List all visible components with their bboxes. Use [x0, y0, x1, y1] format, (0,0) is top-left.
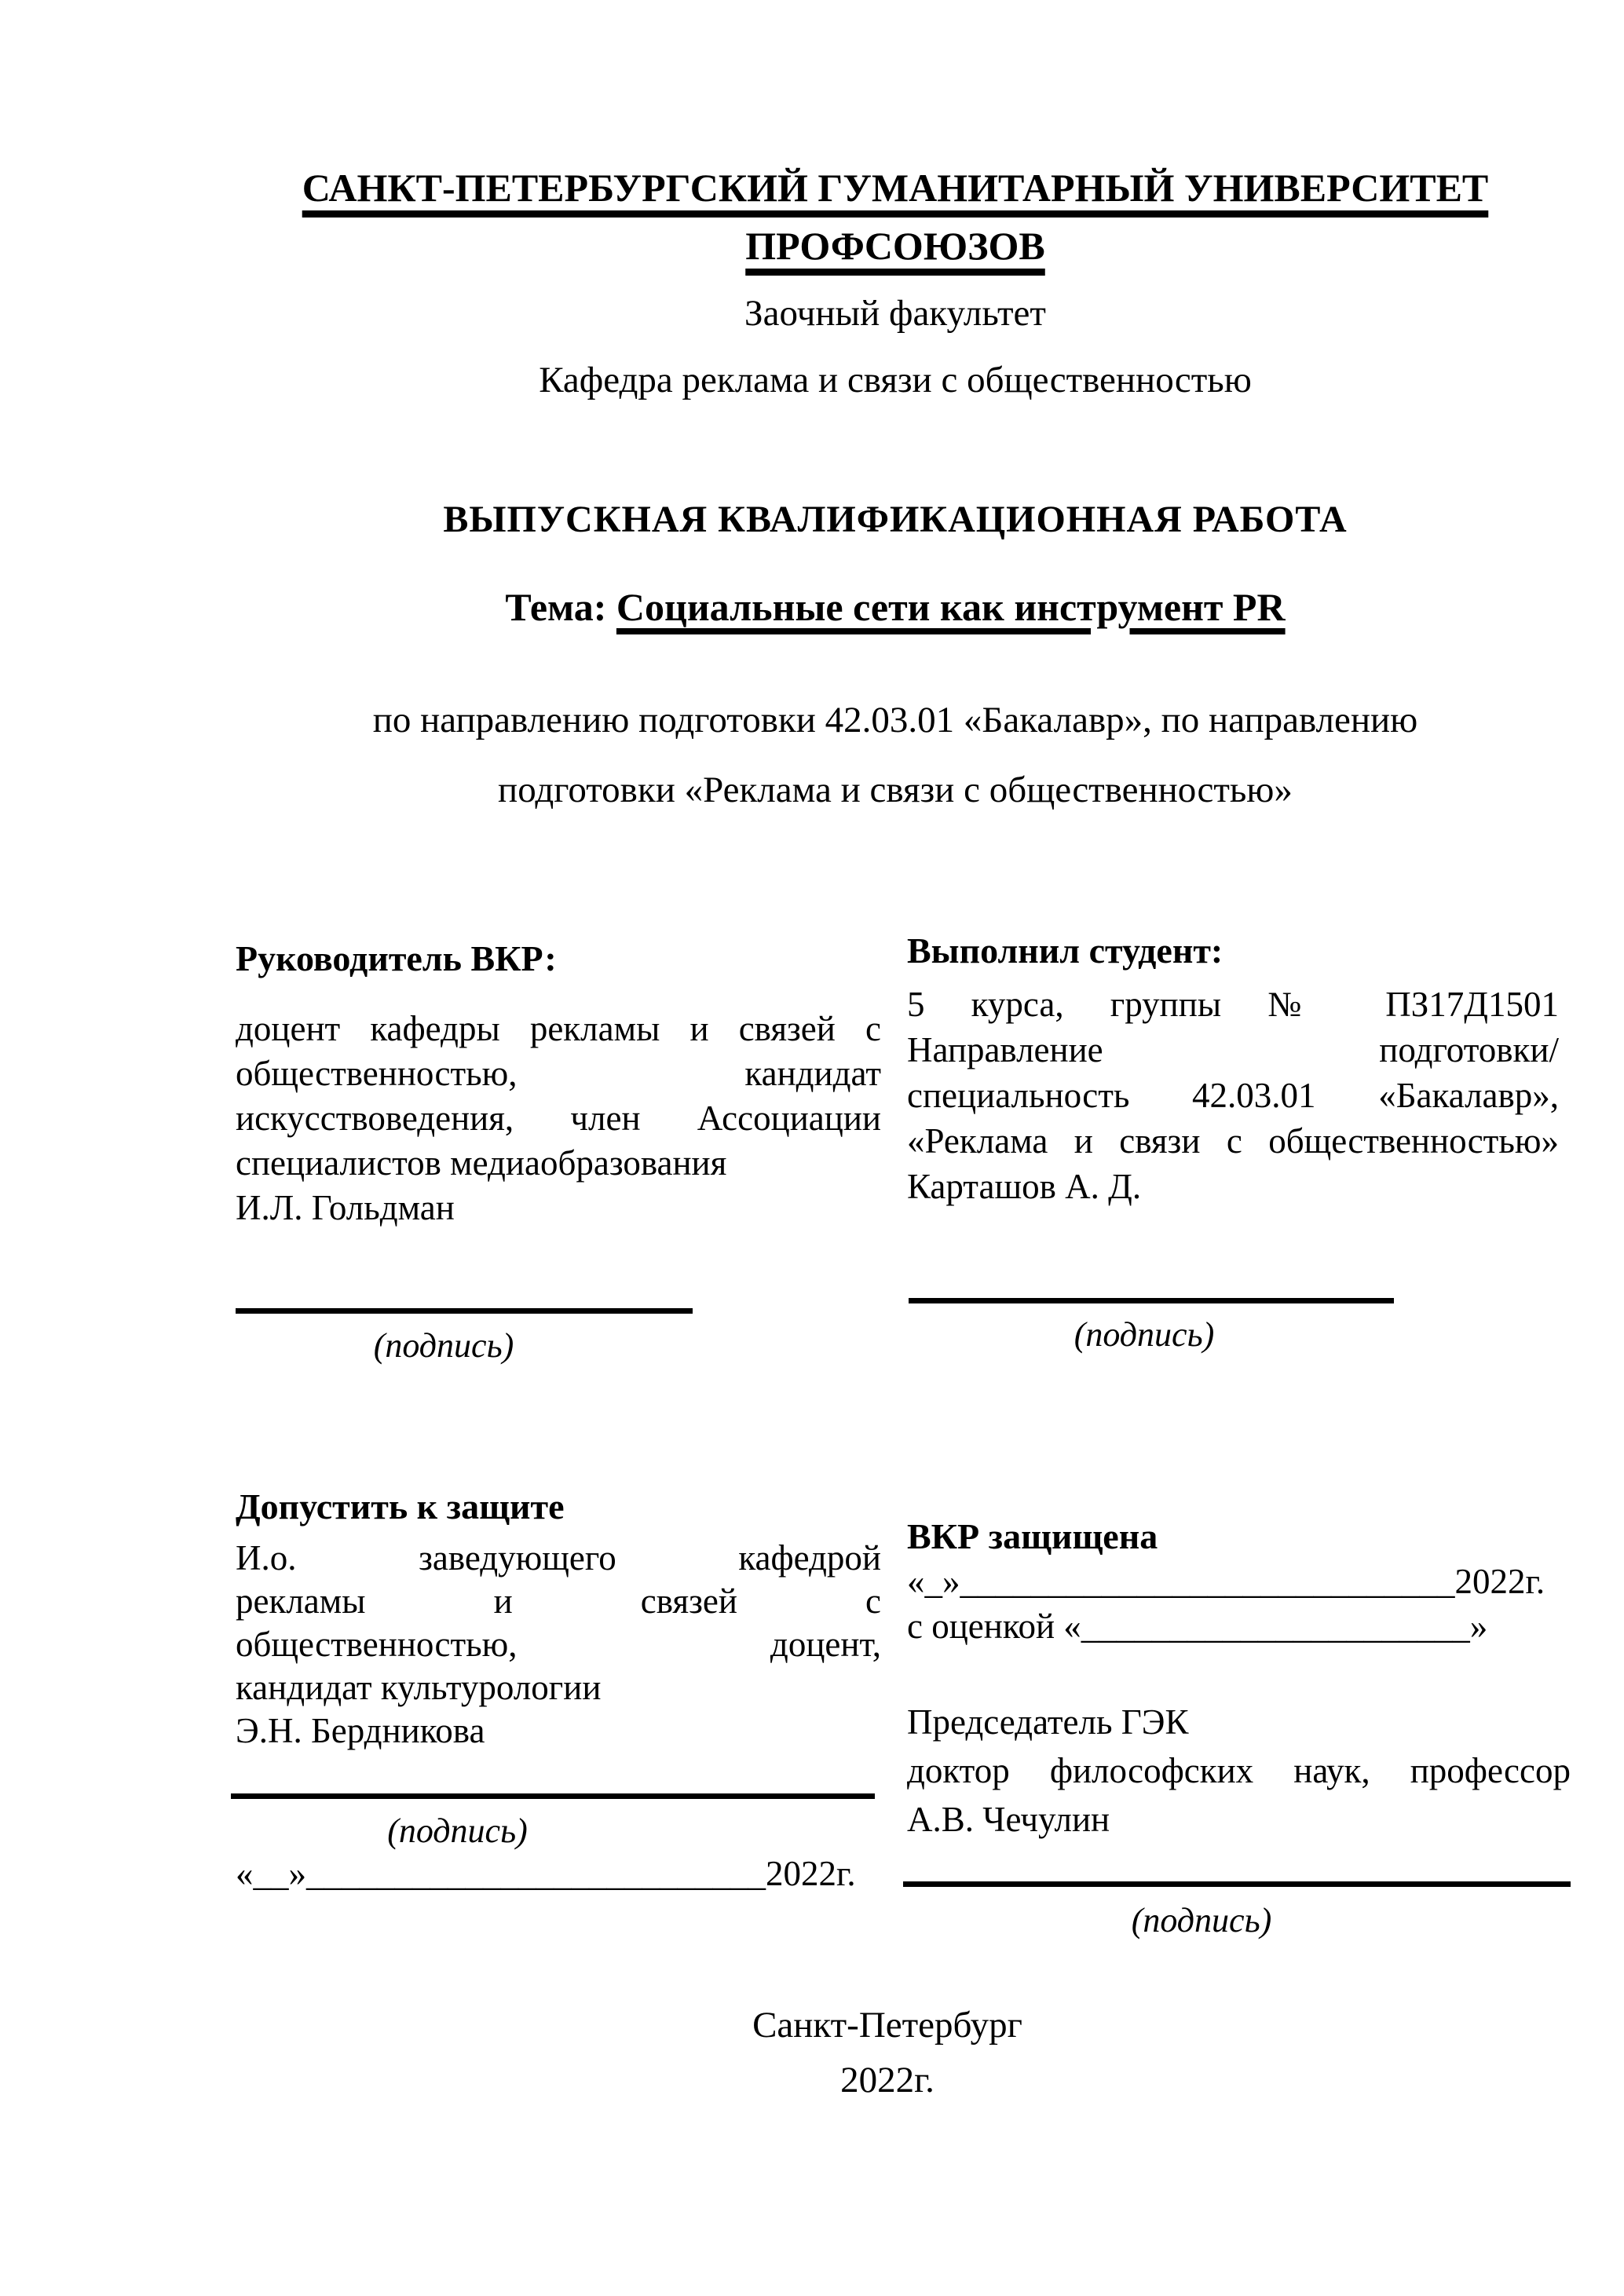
- defense-signature-caption: (подпись): [903, 1900, 1500, 1940]
- student-section: Выполнил студент: 5 курса, группы № ПЗ17…: [907, 928, 1559, 1209]
- chairman-line: А.В. Чечулин: [907, 1795, 1571, 1844]
- chairman-title: Председатель ГЭК: [907, 1698, 1571, 1746]
- work-type-title: ВЫПУСКНАЯ КВАЛИФИКАЦИОННАЯ РАБОТА: [236, 498, 1555, 541]
- defense-section: ВКР защищена «_»________________________…: [907, 1514, 1571, 1844]
- admission-line: рекламы и связей с: [236, 1580, 881, 1623]
- footer-year: 2022г.: [236, 2059, 1539, 2101]
- admission-date-line: «__»__________________________2022г.: [236, 1853, 911, 1894]
- student-signature-line: [909, 1298, 1394, 1303]
- direction-line-1: по направлению подготовки 42.03.01 «Бака…: [236, 699, 1555, 741]
- supervisor-section: Руководитель ВКР: доцент кафедры рекламы…: [236, 936, 881, 1230]
- admission-line: общественностью, доцент,: [236, 1623, 881, 1666]
- supervisor-line: искусствоведения, член Ассоциации: [236, 1096, 881, 1141]
- supervisor-heading: Руководитель ВКР:: [236, 936, 881, 982]
- thesis-title-page: САНКТ-ПЕТЕРБУРГСКИЙ ГУМАНИТАРНЫЙ УНИВЕРС…: [0, 0, 1624, 2296]
- theme-title: Социальные сети как инструмент PR: [616, 585, 1286, 629]
- student-line: «Реклама и связи с общественностью»: [907, 1118, 1559, 1164]
- university-name: САНКТ-ПЕТЕРБУРГСКИЙ ГУМАНИТАРНЫЙ УНИВЕРС…: [236, 159, 1555, 275]
- footer-city: Санкт-Петербург: [236, 2004, 1539, 2046]
- chairman-line: доктор философских наук, профессор: [907, 1746, 1571, 1795]
- direction-line-2: подготовки «Реклама и связи с общественн…: [236, 769, 1555, 811]
- admission-line: кандидат культурологии: [236, 1666, 881, 1709]
- student-line: Карташов А. Д.: [907, 1164, 1559, 1209]
- defense-grade-line: с оценкой «______________________»: [907, 1604, 1571, 1649]
- student-line: специальность 42.03.01 «Бакалавр»,: [907, 1073, 1559, 1118]
- defense-signature-line: [903, 1881, 1571, 1887]
- supervisor-line: общественностью, кандидат: [236, 1051, 881, 1096]
- supervisor-signature-line: [236, 1308, 693, 1314]
- defense-heading: ВКР защищена: [907, 1514, 1571, 1559]
- supervisor-line: И.Л. Гольдман: [236, 1186, 881, 1230]
- faculty-name: Заочный факультет: [236, 292, 1555, 335]
- admission-line: Э.Н. Бердникова: [236, 1709, 881, 1753]
- student-line: Направление подготовки/: [907, 1027, 1559, 1073]
- admission-line: И.о. заведующего кафедрой: [236, 1537, 881, 1580]
- admission-signature-line: [231, 1793, 875, 1799]
- student-line: 5 курса, группы № ПЗ17Д1501: [907, 982, 1559, 1027]
- admission-heading: Допустить к защите: [236, 1484, 881, 1530]
- admission-section: Допустить к защите И.о. заведующего кафе…: [236, 1484, 881, 1753]
- theme-label: Тема:: [505, 585, 616, 629]
- defense-date-line: «_»____________________________2022г.: [907, 1559, 1571, 1604]
- admission-signature-caption: (подпись): [236, 1811, 679, 1851]
- student-signature-caption: (подпись): [909, 1314, 1380, 1355]
- supervisor-line: доцент кафедры рекламы и связей с: [236, 1007, 881, 1051]
- theme-line: Тема: Социальные сети как инструмент PR: [236, 584, 1555, 630]
- spacer: [907, 1649, 1571, 1698]
- supervisor-signature-caption: (подпись): [236, 1325, 652, 1366]
- supervisor-line: специалистов медиаобразования: [236, 1141, 881, 1186]
- student-heading: Выполнил студент:: [907, 928, 1559, 974]
- department-name: Кафедра реклама и связи с общественность…: [236, 359, 1555, 401]
